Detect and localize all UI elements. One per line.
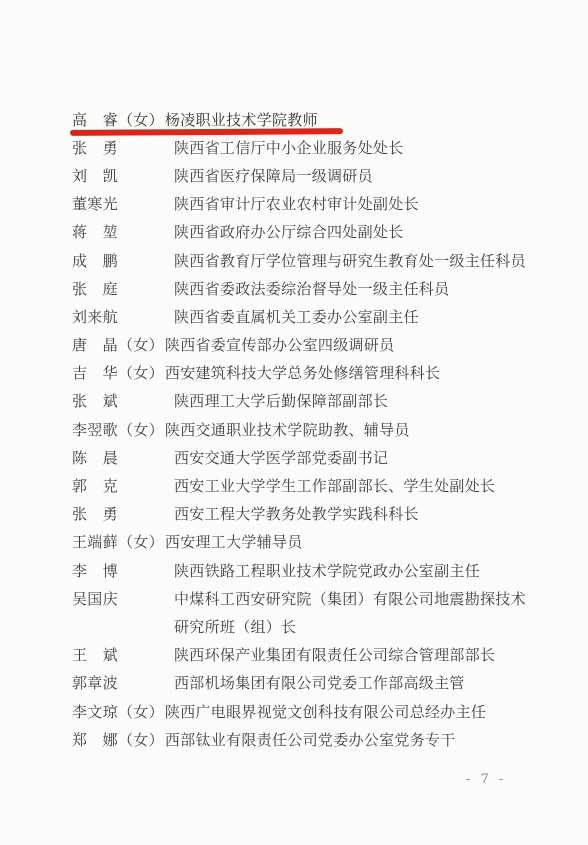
- person-title: 陕西省委直属机关工委办公室副主任: [174, 306, 419, 327]
- recipient-list: 高 睿（女）杨凌职业技术学院教师 张 勇陕西省工信厅中小企业服务处处长 刘 凯陕…: [72, 105, 542, 753]
- person-name: 陈 晨: [72, 447, 118, 468]
- person-title: 西部机场集团有限公司党委工作部高级主管: [174, 672, 465, 693]
- list-row: 陈 晨西安交通大学医学部党委副书记: [72, 443, 542, 471]
- person-name: 成 鹏: [72, 250, 118, 271]
- gender-note: （女）: [118, 531, 164, 552]
- list-row: 吴国庆中煤科工西安研究院（集团）有限公司地震勘探技术: [72, 584, 542, 612]
- person-title: 陕西环保产业集团有限责任公司综合管理部部长: [174, 644, 495, 665]
- person-title: 西安工程大学教务处教学实践科科长: [174, 503, 419, 524]
- list-row: 董寒光陕西省审计厅农业农村审计处副处长: [72, 190, 542, 218]
- list-row: 李文琼（女）陕西广电眼界视觉文创科技有限公司总经办主任: [72, 697, 542, 725]
- person-name: 吉 华: [72, 362, 118, 383]
- list-row: 吉 华（女）西安建筑科技大学总务处修缮管理科科长: [72, 359, 542, 387]
- person-title: 西安理工大学辅导员: [165, 531, 303, 552]
- person-name: 刘 凯: [72, 165, 118, 186]
- document-page: 高 睿（女）杨凌职业技术学院教师 张 勇陕西省工信厅中小企业服务处处长 刘 凯陕…: [0, 0, 588, 845]
- list-row: 郭章波西部机场集团有限公司党委工作部高级主管: [72, 669, 542, 697]
- person-name: 董寒光: [72, 193, 118, 214]
- list-row: 李 博陕西铁路工程职业技术学院党政办公室副主任: [72, 556, 542, 584]
- list-row: 唐 晶（女）陕西省委宣传部办公室四级调研员: [72, 331, 542, 359]
- list-row: 成 鹏陕西省教育厅学位管理与研究生教育处一级主任科员: [72, 246, 542, 274]
- person-name: 张 斌: [72, 390, 118, 411]
- person-title: 陕西省委政法委综治督导处一级主任科员: [174, 278, 449, 299]
- person-title: 中煤科工西安研究院（集团）有限公司地震勘探技术: [174, 588, 526, 609]
- list-row: 张 庭陕西省委政法委综治督导处一级主任科员: [72, 274, 542, 302]
- list-row: 张 勇陕西省工信厅中小企业服务处处长: [72, 133, 542, 161]
- person-name: 吴国庆: [72, 588, 118, 609]
- list-row: 高 睿（女）杨凌职业技术学院教师: [72, 105, 542, 133]
- list-row: 刘来航陕西省委直属机关工委办公室副主任: [72, 302, 542, 330]
- gender-note: （女）: [118, 701, 164, 722]
- person-name: 李翌歌: [72, 419, 118, 440]
- gender-note: （女）: [118, 362, 164, 383]
- person-name: 唐 晶: [72, 334, 118, 355]
- person-title: 西安工业大学学生工作部副部长、学生处副处长: [174, 475, 495, 496]
- person-title-continuation: 研究所班（组）长: [174, 616, 296, 637]
- person-title: 陕西省审计厅农业农村审计处副处长: [174, 193, 419, 214]
- gender-note: （女）: [118, 729, 164, 750]
- person-title: 西安交通大学医学部党委副书记: [174, 447, 388, 468]
- person-name: 李 博: [72, 560, 118, 581]
- person-title: 杨凌职业技术学院教师: [165, 109, 318, 130]
- person-name: 蒋 堃: [72, 221, 118, 242]
- person-title: 陕西交通职业技术学院助教、辅导员: [165, 419, 410, 440]
- person-name: 郭 克: [72, 475, 118, 496]
- page-number: - 7 -: [466, 772, 506, 787]
- person-title: 陕西广电眼界视觉文创科技有限公司总经办主任: [165, 701, 486, 722]
- person-title: 陕西理工大学后勤保障部副部长: [174, 390, 388, 411]
- list-row-continuation: 研究所班（组）长: [72, 612, 542, 640]
- person-title: 西部钛业有限责任公司党委办公室党务专干: [165, 729, 456, 750]
- gender-note: （女）: [118, 334, 164, 355]
- person-title: 西安建筑科技大学总务处修缮管理科科长: [165, 362, 440, 383]
- list-row: 王端藓（女）西安理工大学辅导员: [72, 528, 542, 556]
- list-row: 王 斌陕西环保产业集团有限责任公司综合管理部部长: [72, 641, 542, 669]
- person-title: 陕西省教育厅学位管理与研究生教育处一级主任科员: [174, 250, 526, 271]
- person-title: 陕西省工信厅中小企业服务处处长: [174, 137, 404, 158]
- person-name: 高 睿: [72, 109, 118, 130]
- person-name: 郭章波: [72, 672, 118, 693]
- person-name: 王 斌: [72, 644, 118, 665]
- person-name: 王端藓: [72, 531, 118, 552]
- person-title: 陕西铁路工程职业技术学院党政办公室副主任: [174, 560, 480, 581]
- list-row: 张 斌陕西理工大学后勤保障部副部长: [72, 387, 542, 415]
- person-name: 李文琼: [72, 701, 118, 722]
- person-title: 陕西省医疗保障局一级调研员: [174, 165, 373, 186]
- person-title: 陕西省政府办公厅综合四处副处长: [174, 221, 404, 242]
- person-name: 张 勇: [72, 503, 118, 524]
- gender-note: （女）: [118, 109, 164, 130]
- person-name: 刘来航: [72, 306, 118, 327]
- list-row: 李翌歌（女）陕西交通职业技术学院助教、辅导员: [72, 415, 542, 443]
- gender-note: （女）: [118, 419, 164, 440]
- person-name: 张 庭: [72, 278, 118, 299]
- person-title: 陕西省委宣传部办公室四级调研员: [165, 334, 395, 355]
- list-row: 张 勇西安工程大学教务处教学实践科科长: [72, 500, 542, 528]
- list-row: 郑 娜（女）西部钛业有限责任公司党委办公室党务专干: [72, 725, 542, 753]
- list-row: 蒋 堃陕西省政府办公厅综合四处副处长: [72, 218, 542, 246]
- person-name: 张 勇: [72, 137, 118, 158]
- person-name: 郑 娜: [72, 729, 118, 750]
- list-row: 刘 凯陕西省医疗保障局一级调研员: [72, 161, 542, 189]
- list-row: 郭 克西安工业大学学生工作部副部长、学生处副处长: [72, 471, 542, 499]
